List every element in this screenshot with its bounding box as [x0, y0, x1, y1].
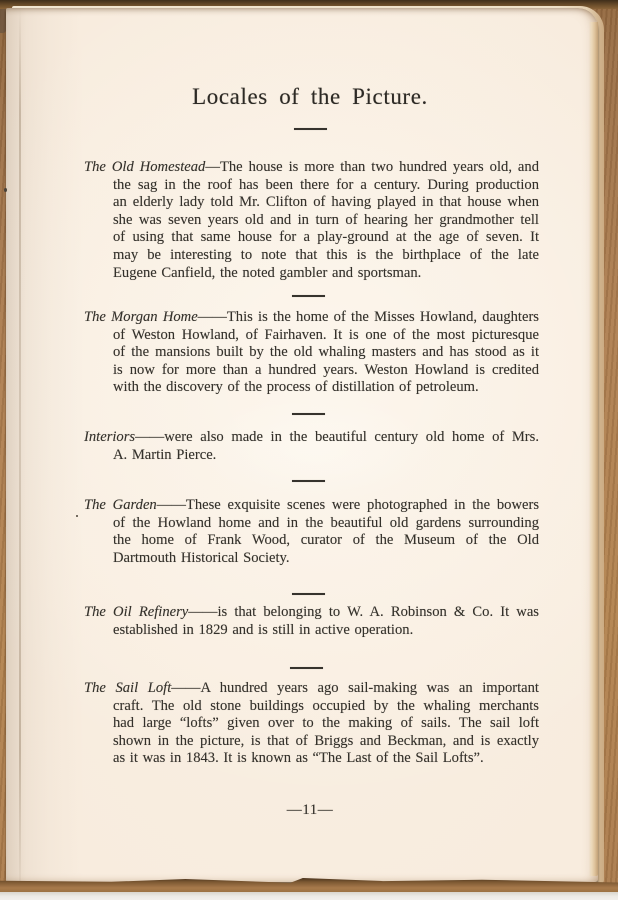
paragraph-line: established in 1829 and is still in acti…	[84, 622, 539, 640]
paragraph-text: ——This is the home of the Misses Howland…	[198, 309, 539, 325]
section-divider	[290, 667, 323, 669]
paragraph-text: —The house is more than two hundred year…	[205, 159, 539, 175]
paragraph-line: Dartmouth Historical Society.	[84, 550, 539, 568]
paragraph-line: may be interesting to note that this is …	[84, 247, 539, 265]
paragraph-first-line: The Morgan Home——This is the home of the…	[84, 309, 539, 327]
paragraph-lead: Interiors	[84, 429, 135, 445]
paragraph-line: of the mansions built by the old whaling…	[84, 344, 539, 362]
paragraph-interiors: Interiors——were also made in the beautif…	[84, 429, 539, 464]
paragraph-line: the home of Frank Wood, curator of the M…	[84, 532, 539, 550]
paragraph-text: ——were also made in the beautiful centur…	[135, 429, 539, 445]
paragraph-lead: The Old Homestead	[84, 159, 205, 175]
paragraph-first-line: The Sail Loft——A hundred years ago sail-…	[84, 680, 539, 698]
paragraph-lead: The Garden	[84, 497, 157, 513]
paragraph-line: of Weston Howland, of Fairhaven. It is o…	[84, 327, 539, 345]
paragraph-text: ——These exquisite scenes were photograph…	[157, 497, 539, 513]
paragraph-lead: The Oil Refinery	[84, 604, 188, 620]
paragraph-old-homestead: The Old Homestead—The house is more than…	[84, 159, 539, 282]
paragraph-text: ——is that belonging to W. A. Robinson & …	[188, 604, 539, 620]
paragraph-lead: The Sail Loft	[84, 680, 171, 696]
paragraph-line: Eugene Canfield, the noted gambler and s…	[84, 265, 539, 283]
paragraph-garden: The Garden——These exquisite scenes were …	[84, 497, 539, 567]
ink-speck	[4, 188, 7, 192]
paragraph-first-line: Interiors——were also made in the beautif…	[84, 429, 539, 447]
section-divider	[292, 480, 325, 482]
paragraph-oil-refinery: The Oil Refinery——is that belonging to W…	[84, 604, 539, 639]
paragraph-line: craft. The old stone buildings occupied …	[84, 698, 539, 716]
paragraph-first-line: The Oil Refinery——is that belonging to W…	[84, 604, 539, 622]
gutter-shading	[6, 8, 84, 882]
title-divider	[294, 128, 327, 130]
book-scan: Locales of the Picture. The Old Homestea…	[0, 0, 618, 900]
paragraph-morgan-home: The Morgan Home——This is the home of the…	[84, 309, 539, 397]
paragraph-line: A. Martin Pierce.	[84, 447, 539, 465]
scanner-bed-strip	[0, 892, 618, 900]
gutter-crease	[19, 8, 21, 882]
paragraph-line: an elderly lady told Mr. Clifton of havi…	[84, 194, 539, 212]
page-edge-stack	[589, 22, 598, 876]
paragraph-line: the sag in the roof has been there for a…	[84, 177, 539, 195]
paragraph-line: of using that same house for a play-grou…	[84, 229, 539, 247]
ink-speck	[76, 515, 78, 517]
paragraph-sail-loft: The Sail Loft——A hundred years ago sail-…	[84, 680, 539, 768]
paragraph-line: she was seven years old and in turn of h…	[84, 212, 539, 230]
paragraph-line: with the discovery of the process of dis…	[84, 379, 539, 397]
page-title: Locales of the Picture.	[20, 84, 600, 110]
paragraph-line: of the Howland home and in the beautiful…	[84, 515, 539, 533]
paragraph-line: had large “lofts” given over to the maki…	[84, 715, 539, 733]
paragraph-line: shown in the picture, is that of Briggs …	[84, 733, 539, 751]
section-divider	[292, 413, 325, 415]
paragraph-lead: The Morgan Home	[84, 309, 198, 325]
page-number: —11—	[20, 802, 600, 819]
paragraph-text: ——A hundred years ago sail-making was an…	[171, 680, 539, 696]
section-divider	[292, 593, 325, 595]
paragraph-first-line: The Old Homestead—The house is more than…	[84, 159, 539, 177]
paragraph-line: is now for more than a hundred years. We…	[84, 362, 539, 380]
paragraph-line: as it was in 1843. It is known as “The L…	[84, 750, 539, 768]
section-divider	[292, 295, 325, 297]
paragraph-first-line: The Garden——These exquisite scenes were …	[84, 497, 539, 515]
